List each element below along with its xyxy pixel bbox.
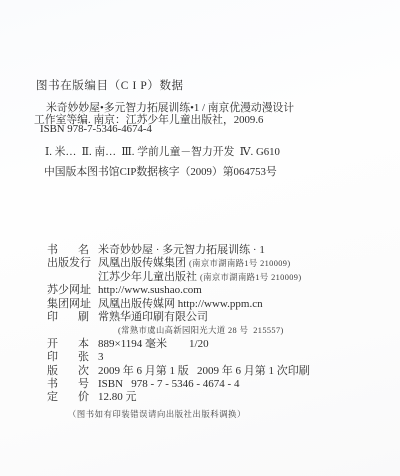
colophon-row-group-website: 集团网址 凤凰出版传媒网 http://www.ppm.cn bbox=[47, 298, 390, 311]
colophon-row-label: 版次 bbox=[47, 365, 89, 378]
colophon-row-title: 书名 米奇妙妙屋 · 多元智力拓展训练 · 1 bbox=[47, 244, 390, 257]
colophon-row-sheets: 印张 3 bbox=[47, 351, 390, 364]
colophon-row-value: 凤凰出版传媒集团 bbox=[98, 257, 186, 270]
colophon-row-label: 书号 bbox=[47, 378, 89, 391]
colophon-row-value: 889×1194 毫米 1/20 bbox=[98, 338, 209, 351]
misprint-exchange-note: （图书如有印装错误请向出版社出版科调换） bbox=[68, 408, 390, 420]
colophon-row-value: 江苏少年儿童出版社 bbox=[98, 271, 197, 284]
printer-address-note: (常熟市虞山高新园阳光大道 28 号 215557) bbox=[118, 324, 284, 337]
cip-heading: 图书在版编目（C I P）数据 bbox=[36, 77, 184, 93]
colophon-row-label: 出版发行 bbox=[47, 257, 89, 270]
colophon-row-label: 印刷 bbox=[47, 311, 89, 324]
colophon-row-isbn: 书号 ISBN 978 - 7 - 5346 - 4674 - 4 bbox=[47, 378, 390, 391]
colophon-block: 书名 米奇妙妙屋 · 多元智力拓展训练 · 1 出版发行 凤凰出版传媒集团 (南… bbox=[47, 244, 390, 420]
colophon-row-value: 2009 年 6 月第 1 版 2009 年 6 月第 1 次印刷 bbox=[98, 365, 310, 378]
colophon-row-label: 开本 bbox=[47, 338, 89, 351]
colophon-row-publisher-press: 江苏少年儿童出版社 (南京市湖南路1号 210009) bbox=[47, 271, 390, 284]
cip-record-number: 中国版本图书馆CIP数据核字（2009）第064753号 bbox=[44, 164, 277, 179]
group-website-url: 凤凰出版传媒网 http://www.ppm.cn bbox=[98, 298, 263, 311]
colophon-row-publisher-group: 出版发行 凤凰出版传媒集团 (南京市湖南路1号 210009) bbox=[47, 257, 390, 270]
cip-isbn-line: ISBN 978-7-5346-4674-4 bbox=[40, 123, 152, 135]
publisher-address-note: (南京市湖南路1号 210009) bbox=[200, 271, 302, 284]
colophon-row-label: 书名 bbox=[47, 244, 89, 257]
colophon-row-format: 开本 889×1194 毫米 1/20 bbox=[47, 338, 390, 351]
colophon-row-value: 3 bbox=[98, 351, 104, 364]
colophon-row-label: 苏少网址 bbox=[47, 284, 89, 297]
colophon-row-value: 米奇妙妙屋 · 多元智力拓展训练 · 1 bbox=[98, 244, 265, 257]
colophon-row-edition: 版次 2009 年 6 月第 1 版 2009 年 6 月第 1 次印刷 bbox=[47, 365, 390, 378]
colophon-row-label: 定价 bbox=[47, 391, 89, 404]
colophon-row-label: 印张 bbox=[47, 351, 89, 364]
cip-classification: Ⅰ. 米… Ⅱ. 南… Ⅲ. 学前儿童－智力开发 Ⅳ. G610 bbox=[45, 144, 280, 159]
colophon-row-price: 定价 12.80 元 bbox=[47, 391, 390, 404]
colophon-row-value: 常熟华通印刷有限公司 bbox=[98, 311, 208, 324]
press-website-url: http://www.sushao.com bbox=[98, 284, 202, 297]
colophon-row-value: ISBN 978 - 7 - 5346 - 4674 - 4 bbox=[98, 378, 239, 391]
colophon-row-printer: 印刷 常熟华通印刷有限公司 bbox=[47, 311, 390, 324]
book-copyright-page: 图书在版编目（C I P）数据 米奇妙妙屋•多元智力拓展训练•1 / 南京优漫动… bbox=[0, 0, 400, 476]
colophon-row-label: 集团网址 bbox=[47, 298, 89, 311]
publisher-address-note: (南京市湖南路1号 210009) bbox=[189, 257, 291, 270]
colophon-row-value: 12.80 元 bbox=[98, 391, 137, 404]
colophon-row-press-website: 苏少网址 http://www.sushao.com bbox=[47, 284, 390, 297]
colophon-row-printer-address: (常熟市虞山高新园阳光大道 28 号 215557) bbox=[47, 324, 390, 337]
